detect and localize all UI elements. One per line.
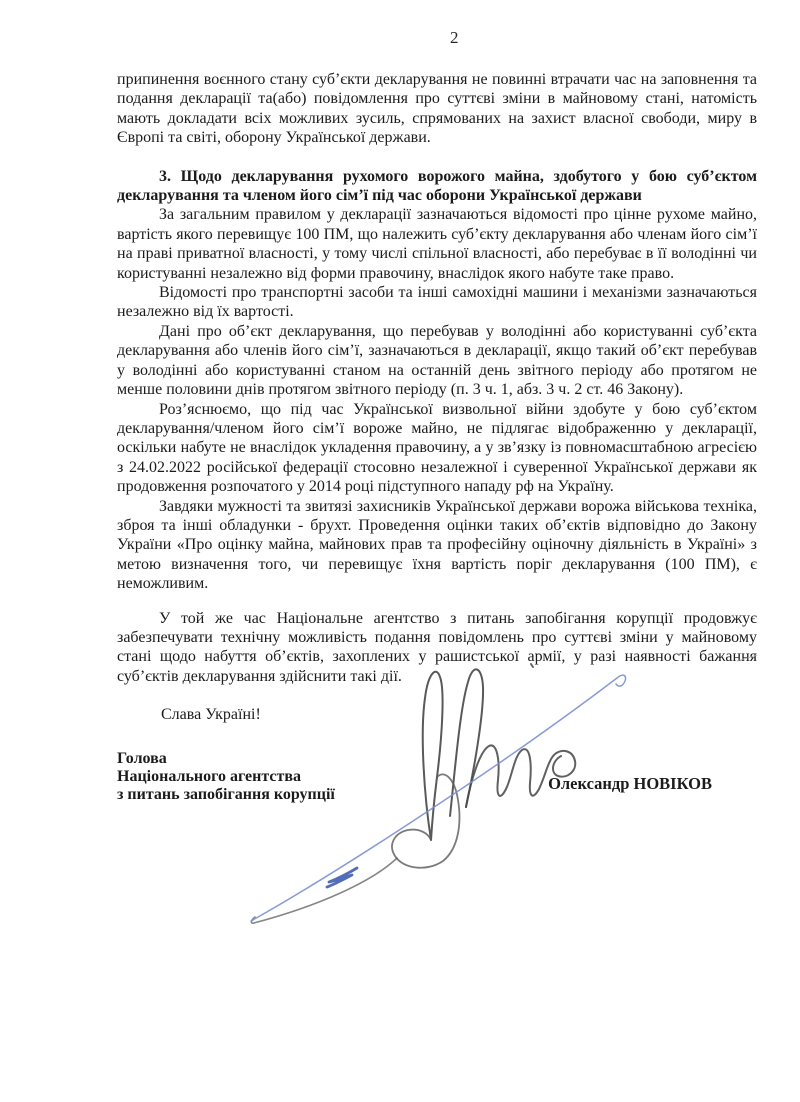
signature-blue-flick	[327, 868, 357, 887]
signer-title-line: Голова	[117, 750, 757, 768]
paragraph: У той же час Національне агентство з пит…	[117, 609, 757, 687]
document-page: 2 припинення воєнного стану суб’єкти дек…	[0, 0, 800, 1102]
paragraph: Відомості про транспортні засоби та інші…	[117, 283, 757, 322]
page-number: 2	[450, 28, 459, 48]
paragraph-continuation: припинення воєнного стану суб’єкти декла…	[117, 70, 757, 148]
closing-salutation: Слава Україні!	[117, 705, 757, 724]
section-heading: 3. Щодо декларування рухомого ворожого м…	[117, 167, 757, 206]
signature-ink-stroke	[251, 858, 397, 923]
signature-block: Голова Національного агентства з питань …	[117, 750, 757, 840]
signer-name: Олександр НОВІКОВ	[548, 774, 712, 793]
paragraph: Завдяки мужності та звитязі захисників У…	[117, 497, 757, 594]
paragraph: Дані про об’єкт декларування, що перебув…	[117, 322, 757, 400]
paragraph: За загальним правилом у декларації зазна…	[117, 205, 757, 283]
paragraph: Роз’яснюємо, що під час Української визв…	[117, 400, 757, 497]
document-body: припинення воєнного стану суб’єкти декла…	[117, 70, 757, 840]
